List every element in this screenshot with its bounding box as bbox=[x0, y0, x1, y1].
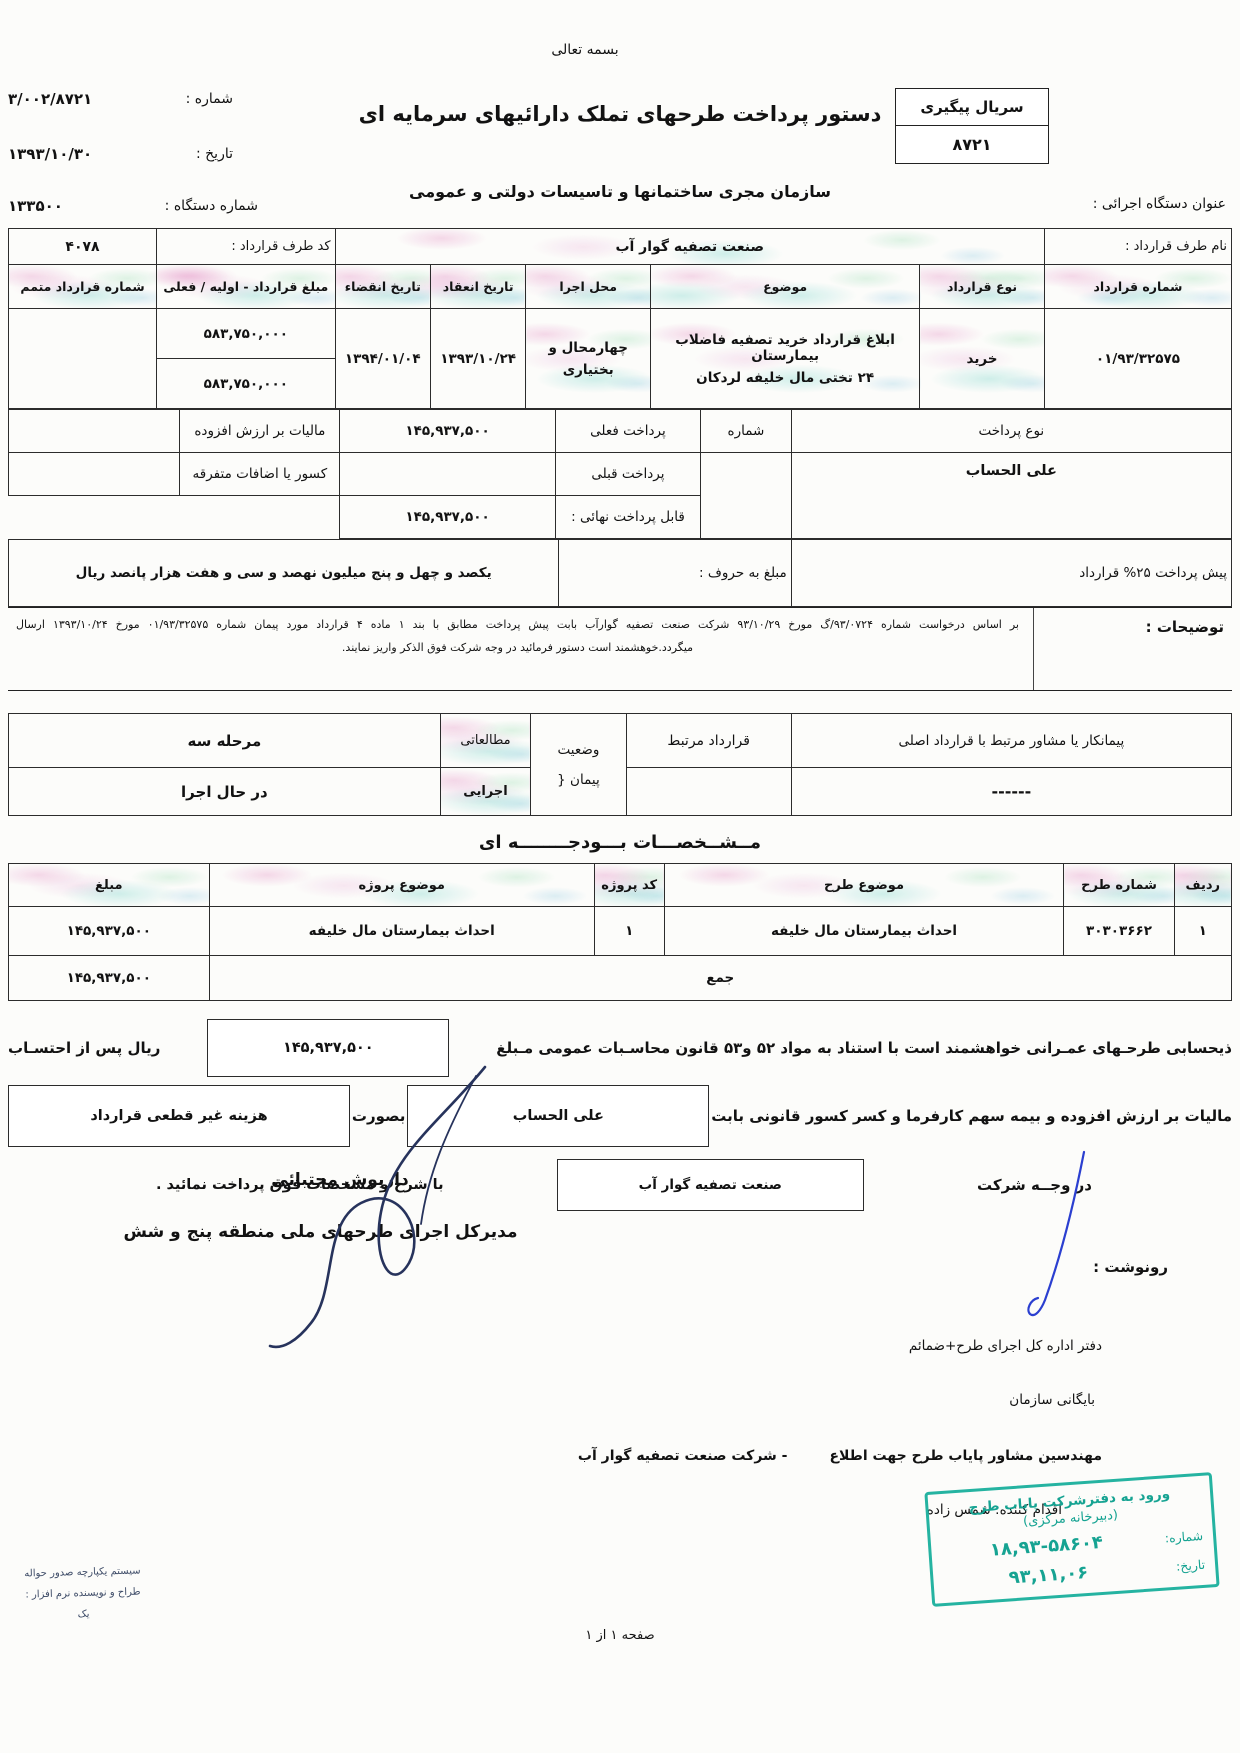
payment-current-value: ۱۴۵,۹۳۷,۵۰۰ bbox=[340, 410, 555, 453]
entry-stamp: ورود به دفترشرکت پایاب طرح (دبیرخانه مرک… bbox=[924, 1472, 1219, 1607]
contract-subject-line1: ابلاغ قرارداد خرید تصفیه فاضلاب بیمارستا… bbox=[655, 332, 915, 364]
party-name-label: نام طرف قرارداد : bbox=[1044, 229, 1231, 265]
tracking-serial-value: ۸۷۲۱ bbox=[896, 126, 1048, 163]
contract-amount-current: ۵۸۳,۷۵۰,۰۰۰ bbox=[157, 359, 335, 408]
doc-number-label: شماره : bbox=[186, 91, 233, 107]
document-body: نام طرف قرارداد : صنعت تصفیه گوار آب کد … bbox=[0, 228, 1240, 1211]
notes-section: توضیحات : بر اساس درخواست شماره ۹۳/۰۷۲۴/… bbox=[8, 607, 1232, 691]
contract-expiry-header: تاریخ انقضاء bbox=[335, 265, 430, 309]
contract-subject-value: ابلاغ قرارداد خرید تصفیه فاضلاب بیمارستا… bbox=[651, 309, 920, 409]
doc-number-field: شماره : ۳/۰۰۲/۸۷۲۱ bbox=[8, 90, 233, 108]
payment-row-2: علی الحساب پرداخت قبلی کسور یا اضافات مت… bbox=[9, 453, 1232, 496]
notes-line1: بر اساس درخواست شماره ۹۳/۰۷۲۴/گ مورخ ۹۳/… bbox=[16, 616, 1019, 635]
budget-total-label: جمع bbox=[209, 956, 1231, 1001]
contract-amount-cell: ۵۸۳,۷۵۰,۰۰۰ ۵۸۳,۷۵۰,۰۰۰ bbox=[157, 309, 336, 409]
contract-amount-initial: ۵۸۳,۷۵۰,۰۰۰ bbox=[157, 309, 335, 359]
payment-vat-label: مالیات بر ارزش افزوده bbox=[180, 410, 340, 453]
budget-amount-value: ۱۴۵,۹۳۷,۵۰۰ bbox=[9, 907, 210, 956]
related-contractor-value: ------ bbox=[791, 768, 1231, 816]
instruction2-text: مالیات بر ارزش افزوده و بیمه سهم کارفرما… bbox=[711, 1107, 1232, 1125]
stamp-date-value: ۹۳,۱۱,۰۶ bbox=[943, 1557, 1154, 1593]
doc-date-label: تاریخ : bbox=[196, 146, 233, 162]
doc-date-field: تاریخ : ۱۳۹۳/۱۰/۳۰ bbox=[8, 145, 233, 163]
payment-previous-label: پرداخت قبلی bbox=[555, 453, 701, 496]
copies-label: رونوشت : bbox=[1093, 1258, 1168, 1276]
agency-title-label: عنوان دستگاه اجرائی : bbox=[1093, 196, 1226, 212]
budget-project-code-header: کد پروژه bbox=[594, 864, 664, 907]
contract-location-line2: بختیاری bbox=[530, 362, 646, 378]
budget-plan-no-header: شماره طرح bbox=[1064, 864, 1174, 907]
watermark-line2: طراح و نویسنده نرم افزار : یک bbox=[18, 1581, 149, 1626]
exec-state-label: اجرایی bbox=[440, 768, 531, 816]
contract-subject-line2: ۲۴ تختی مال خلیفه لردکان bbox=[655, 370, 915, 386]
contract-subject-header: موضوع bbox=[651, 265, 920, 309]
notes-label: توضیحات : bbox=[1033, 608, 1232, 690]
device-number-label: شماره دستگاه : bbox=[165, 198, 258, 214]
contract-expiry-value: ۱۳۹۴/۰۱/۰۴ bbox=[335, 309, 430, 409]
budget-project-code-value: ۱ bbox=[594, 907, 664, 956]
prepayment-row: پیش پرداخت ۲۵% قرارداد مبلغ به حروف : یک… bbox=[8, 539, 1232, 607]
related-contract-header: قرارداد مرتبط bbox=[626, 714, 791, 768]
instruction3-company-box: صنعت تصفیه گوار آب bbox=[557, 1159, 864, 1211]
bismillah-text: بسمه تعالی bbox=[0, 42, 1170, 58]
contract-location-header: محل اجرا bbox=[526, 265, 651, 309]
payment-final-label: قابل پرداخت نهائی : bbox=[555, 496, 701, 539]
contract-signdate-value: ۱۳۹۳/۱۰/۲۴ bbox=[430, 309, 525, 409]
budget-section-title: مــشــخصـــات بـــودجــــــــه ای bbox=[8, 832, 1232, 853]
contract-supplement-value bbox=[9, 309, 157, 409]
contract-location-value: چهارمحال و بختیاری bbox=[526, 309, 651, 409]
payment-number-value bbox=[701, 453, 792, 539]
document-header: بسمه تعالی دستور پرداخت طرحهای تملک دارا… bbox=[0, 0, 1240, 228]
party-code-label: کد طرف قرارداد : bbox=[157, 229, 336, 265]
budget-amount-header: مبلغ bbox=[9, 864, 210, 907]
budget-value-row: ۱ ۳۰۳۰۳۶۶۲ احداث بیمارستان مال خلیفه ۱ ا… bbox=[9, 907, 1232, 956]
progress-value: در حال اجرا bbox=[9, 768, 441, 816]
device-number-value: ۱۳۳۵۰۰ bbox=[8, 197, 63, 215]
related-contractor-header: پیمانکار یا مشاور مرتبط با قرارداد اصلی bbox=[791, 714, 1231, 768]
payment-deductions-value bbox=[9, 453, 180, 496]
device-number-field: شماره دستگاه : ۱۳۳۵۰۰ bbox=[8, 197, 258, 215]
prepayment-label: پیش پرداخت ۲۵% قرارداد bbox=[791, 540, 1231, 607]
party-name-value: صنعت تصفیه گوار آب bbox=[335, 229, 1044, 265]
pact-state-line2: پیمان { bbox=[535, 772, 621, 788]
budget-row-value: ۱ bbox=[1174, 907, 1231, 956]
instruction1-text: ذیحسابی طرحـهای عمـرانی خواهشمند است با … bbox=[496, 1039, 1232, 1057]
payment-final-value: ۱۴۵,۹۳۷,۵۰۰ bbox=[340, 496, 555, 539]
contract-amount-header: مبلغ قرارداد - اولیه / فعلی bbox=[157, 265, 336, 309]
related-contract-value bbox=[626, 768, 791, 816]
budget-total-value: ۱۴۵,۹۳۷,۵۰۰ bbox=[9, 956, 210, 1001]
checkmark-ink-icon bbox=[1018, 1148, 1093, 1333]
phase-value: مرحله سه bbox=[9, 714, 441, 768]
budget-plan-subject-value: احداث بیمارستان مال خلیفه bbox=[664, 907, 1064, 956]
signature-ink-icon bbox=[240, 1062, 500, 1352]
contract-party-row: نام طرف قرارداد : صنعت تصفیه گوار آب کد … bbox=[9, 229, 1232, 265]
study-state-label: مطالعاتی bbox=[440, 714, 531, 768]
notes-line2: میگردد.خوهشمند است دستور فرمائید در وجه … bbox=[16, 641, 1019, 654]
status-table: پیمانکار یا مشاور مرتبط با قرارداد اصلی … bbox=[8, 713, 1232, 816]
contract-header-row: شماره قرارداد نوع قرارداد موضوع محل اجرا… bbox=[9, 265, 1232, 309]
payment-table: نوع پرداخت شماره پرداخت فعلی ۱۴۵,۹۳۷,۵۰۰… bbox=[8, 409, 1232, 539]
payment-previous-value bbox=[340, 453, 555, 496]
pact-state-line1: وضعیت bbox=[535, 742, 621, 758]
doc-number-value: ۳/۰۰۲/۸۷۲۱ bbox=[8, 90, 92, 108]
instruction-line-2: مالیات بر ارزش افزوده و بیمه سهم کارفرما… bbox=[8, 1085, 1232, 1147]
party-code-value: ۴۰۷۸ bbox=[9, 229, 157, 265]
instruction1-tail: ریال پس از احتسـاب bbox=[8, 1039, 160, 1057]
software-watermark: سیستم یکپارچه صدور حواله طراح و نویسنده … bbox=[17, 1560, 149, 1626]
copies-item-1: دفتر اداره کل اجرای طرح+ضمائم bbox=[909, 1338, 1102, 1354]
stamp-date-label: تاریخ: bbox=[1153, 1557, 1206, 1576]
copies-item-3b: - شرکت صنعت تصفیه گوار آب bbox=[578, 1448, 788, 1464]
copies-item-3a: مهندسین مشاور پایاب طرح جهت اطلاع bbox=[829, 1448, 1102, 1464]
contract-signdate-header: تاریخ انعقاد bbox=[430, 265, 525, 309]
contract-value-row: ۰۱/۹۳/۳۲۵۷۵ خرید ابلاغ قرارداد خرید تصفی… bbox=[9, 309, 1232, 409]
budget-plan-no-value: ۳۰۳۰۳۶۶۲ bbox=[1064, 907, 1174, 956]
copies-item-3: مهندسین مشاور پایاب طرح جهت اطلاع - شرکت… bbox=[578, 1448, 1102, 1464]
contract-table: نام طرف قرارداد : صنعت تصفیه گوار آب کد … bbox=[8, 228, 1232, 409]
doc-date-value: ۱۳۹۳/۱۰/۳۰ bbox=[8, 145, 92, 163]
instruction-line-1: ذیحسابی طرحـهای عمـرانی خواهشمند است با … bbox=[8, 1019, 1232, 1077]
payment-number-header: شماره bbox=[701, 410, 792, 453]
tracking-serial-label: سریال پیگیری bbox=[896, 89, 1048, 126]
payment-empty-1 bbox=[180, 496, 340, 539]
budget-row-header: ردیف bbox=[1174, 864, 1231, 907]
contract-type-value: خرید bbox=[920, 309, 1045, 409]
copies-item-2: بایگانی سازمان bbox=[1009, 1392, 1095, 1408]
scanned-payment-order-document: بسمه تعالی دستور پرداخت طرحهای تملک دارا… bbox=[0, 0, 1240, 1753]
budget-total-row: جمع ۱۴۵,۹۳۷,۵۰۰ bbox=[9, 956, 1232, 1001]
pact-state-cell: وضعیت پیمان { bbox=[531, 714, 626, 816]
payment-row-1: نوع پرداخت شماره پرداخت فعلی ۱۴۵,۹۳۷,۵۰۰… bbox=[9, 410, 1232, 453]
budget-project-subject-header: موضوع پروژه bbox=[209, 864, 594, 907]
budget-table: ردیف شماره طرح موضوع طرح کد پروژه موضوع … bbox=[8, 863, 1232, 1001]
budget-header-row: ردیف شماره طرح موضوع طرح کد پروژه موضوع … bbox=[9, 864, 1232, 907]
payment-vat-value bbox=[9, 410, 180, 453]
status-row-1: پیمانکار یا مشاور مرتبط با قرارداد اصلی … bbox=[9, 714, 1232, 768]
budget-project-subject-value: احداث بیمارستان مال خلیفه bbox=[209, 907, 594, 956]
payment-type-value: علی الحساب bbox=[791, 453, 1231, 539]
tracking-serial-box: سریال پیگیری ۸۷۲۱ bbox=[895, 88, 1049, 164]
page-number-footer: صفحه ۱ از ۱ bbox=[0, 1628, 1240, 1643]
contract-type-header: نوع قرارداد bbox=[920, 265, 1045, 309]
payment-empty-2 bbox=[9, 496, 180, 539]
amount-words-value: یکصد و چهل و پنج میلیون نهصد و سی و هفت … bbox=[9, 540, 559, 607]
amount-words-label: مبلغ به حروف : bbox=[559, 540, 791, 607]
contract-location-line1: چهارمحال و bbox=[530, 340, 646, 356]
contract-number-header: شماره قرارداد bbox=[1044, 265, 1231, 309]
notes-body: بر اساس درخواست شماره ۹۳/۰۷۲۴/گ مورخ ۹۳/… bbox=[8, 608, 1033, 690]
payment-type-header: نوع پرداخت bbox=[791, 410, 1231, 453]
contract-supplement-header: شماره قرارداد متمم bbox=[9, 265, 157, 309]
payment-deductions-label: کسور یا اضافات متفرقه bbox=[180, 453, 340, 496]
budget-plan-subject-header: موضوع طرح bbox=[664, 864, 1064, 907]
stamp-number-label: شماره: bbox=[1151, 1528, 1204, 1547]
payment-current-label: پرداخت فعلی bbox=[555, 410, 701, 453]
contract-number-value: ۰۱/۹۳/۳۲۵۷۵ bbox=[1044, 309, 1231, 409]
